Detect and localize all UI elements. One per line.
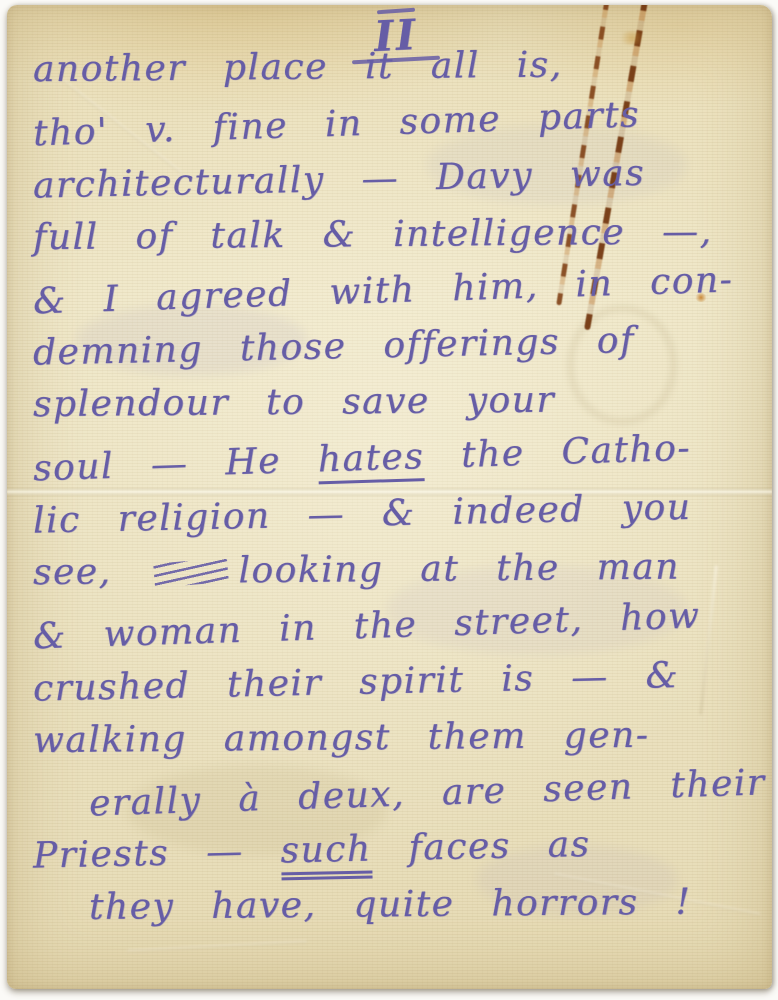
handwriting-text: see, — [33, 551, 149, 593]
handwriting-text: walking amongst them gen- — [33, 714, 650, 760]
handwriting-text: demning those offerings of — [33, 320, 636, 374]
handwriting-text: & woman in the street, how — [32, 595, 701, 657]
handwriting-text: faces as — [371, 824, 591, 870]
handwriting-text: splendour to save your — [33, 380, 555, 426]
handwriting-text: tho' v. fine in some parts — [32, 94, 640, 154]
letter-body: another place it all is,tho' v. fine in … — [33, 41, 758, 981]
handwriting-text: full of talk & intelligence —, — [33, 211, 713, 258]
handwriting-line: they have, quite horrors ! — [89, 876, 758, 938]
handwriting-text: looking at the man — [238, 547, 680, 592]
handwriting-text: they have, quite horrors ! — [89, 882, 692, 928]
handwriting-text: soul — He — [32, 440, 318, 490]
handwriting-text: another place it all is, — [33, 45, 563, 91]
handwriting-text: lic religion — & indeed you — [33, 487, 692, 542]
handwriting-text: erally à deux, are seen their — [88, 762, 766, 824]
handwriting-text: crushed their spirit is — & — [33, 655, 680, 710]
handwriting-text: Priests — — [33, 831, 281, 877]
crossed-out-word — [154, 558, 230, 588]
handwriting-text: such — [280, 829, 372, 881]
handwriting-text: hates — [317, 436, 425, 484]
handwriting-text: architecturally — Davy was — [33, 153, 646, 207]
handwriting-text: the Catho- — [424, 428, 692, 477]
scanned-letter-page: II another place it all is,tho' v. fine … — [0, 0, 778, 1000]
letter-paper: II another place it all is,tho' v. fine … — [7, 5, 772, 989]
handwriting-text: & I agreed with him, in con- — [32, 259, 733, 322]
